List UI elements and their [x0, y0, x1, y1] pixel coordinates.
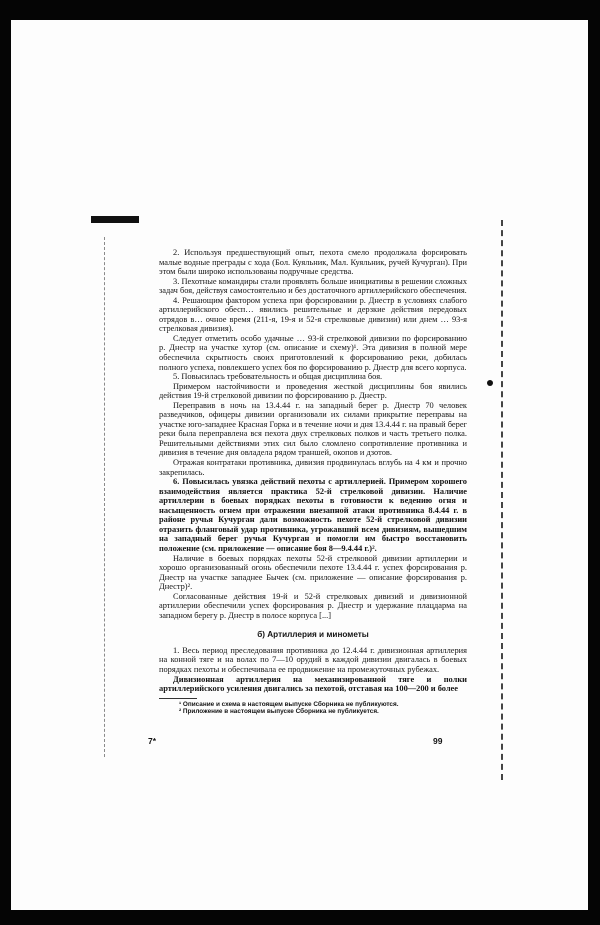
paragraph: Согласованные действия 19-й и 52-й стрел…	[159, 592, 467, 621]
paragraph: 6. Повысилась увязка действий пехоты с а…	[159, 477, 467, 553]
paragraph: Переправив в ночь на 13.4.44 г. на запад…	[159, 401, 467, 458]
page-body: 2. Используя предшествующий опыт, пехота…	[159, 248, 467, 716]
scanned-page: 2. Используя предшествующий опыт, пехота…	[11, 20, 588, 910]
paragraph: 2. Используя предшествующий опыт, пехота…	[159, 248, 467, 277]
paragraph: 4. Решающим фактором успеха при форсиров…	[159, 296, 467, 334]
left-margin-dashed-rule	[104, 237, 105, 757]
right-margin-dashed-rule	[501, 220, 503, 780]
paragraph: 1. Весь период преследования противника …	[159, 646, 467, 675]
paragraph: Дивизионная артиллерия на механизированн…	[159, 675, 467, 694]
section-heading: б) Артиллерия и минометы	[159, 630, 467, 640]
footnote: ² Приложение в настоящем выпуске Сборник…	[159, 708, 467, 716]
scan-artifact-dot	[487, 380, 493, 386]
paragraph: Наличие в боевых порядках пехоты 52-й ст…	[159, 554, 467, 592]
paragraph: Примером настойчивости и проведения жест…	[159, 382, 467, 401]
signature-mark: 7*	[148, 736, 156, 746]
paragraph: Следует отметить особо удачные … 93-й ст…	[159, 334, 467, 372]
scan-artifact-bar	[91, 216, 139, 223]
page-number: 99	[433, 736, 442, 746]
paragraph: Отражая контратаки противника, дивизия п…	[159, 458, 467, 477]
paragraph: 3. Пехотные командиры стали проявлять бо…	[159, 277, 467, 296]
footnote-divider	[159, 698, 197, 699]
paragraph: 5. Повысилась требовательность и общая д…	[159, 372, 467, 382]
